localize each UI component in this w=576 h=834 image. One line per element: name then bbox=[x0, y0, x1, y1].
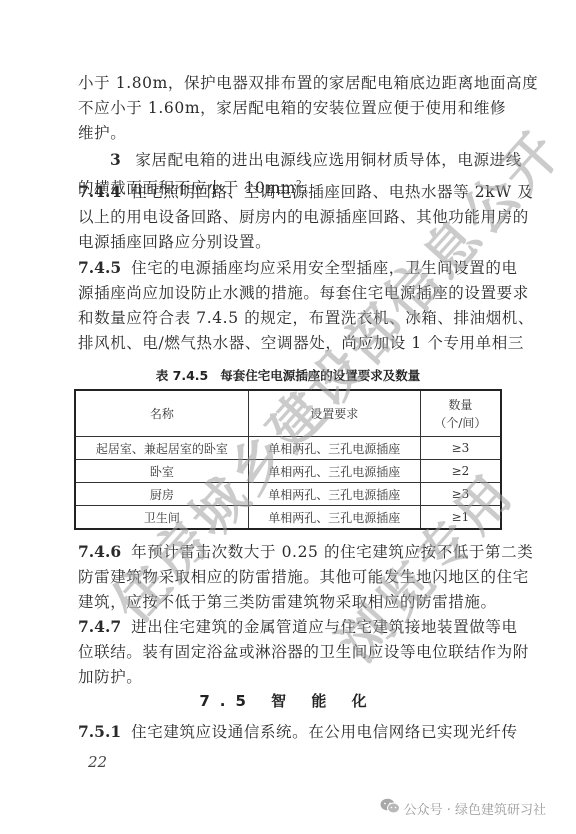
cell-room: 卧室 bbox=[75, 460, 248, 483]
table-header-row: 名称 设置要求 数量（个/间） bbox=[75, 390, 501, 437]
table-row: 卫生间 单相两孔、三孔电源插座 ≥1 bbox=[75, 506, 501, 530]
table-row: 厨房 单相两孔、三孔电源插座 ≥3 bbox=[75, 483, 501, 506]
clause-number: 7.4.7 bbox=[78, 617, 121, 636]
header-name: 名称 bbox=[75, 390, 248, 437]
cell-quantity: ≥3 bbox=[420, 483, 501, 506]
clause-number: 7.4.6 bbox=[78, 542, 121, 561]
cell-room: 厨房 bbox=[75, 483, 248, 506]
cell-requirement: 单相两孔、三孔电源插座 bbox=[248, 506, 420, 530]
paragraph-line: 防雷建筑物采取相应的防雷措施。其他可能发生地闪地区的住宅 bbox=[78, 566, 498, 588]
table-row: 起居室、兼起居室的卧室 单相两孔、三孔电源插座 ≥3 bbox=[75, 437, 501, 460]
wechat-icon bbox=[380, 798, 400, 818]
table-title: 每套住宅电源插座的设置要求及数量 bbox=[220, 368, 420, 383]
cell-room: 卫生间 bbox=[75, 506, 248, 530]
clause-7-5-1: 7.5.1住宅建筑应设通信系统。在公用电信网络已实现光纤传 bbox=[78, 721, 498, 743]
cell-room: 起居室、兼起居室的卧室 bbox=[75, 437, 248, 460]
cell-quantity: ≥2 bbox=[420, 460, 501, 483]
cell-requirement: 单相两孔、三孔电源插座 bbox=[248, 437, 420, 460]
paragraph-line: 以上的用电设备回路、厨房内的电源插座回路、其他功能用房的 bbox=[78, 206, 498, 228]
socket-requirements-table: 名称 设置要求 数量（个/间） 起居室、兼起居室的卧室 单相两孔、三孔电源插座 … bbox=[74, 389, 502, 530]
clause-7-4-5: 7.4.5住宅的电源插座均应采用安全型插座，卫生间设置的电 bbox=[78, 257, 498, 279]
paragraph-line: 维护。 bbox=[78, 122, 498, 144]
clause-number: 7.4.4 bbox=[78, 182, 121, 201]
paragraph-line: 建筑，应按不低于第三类防雷建筑物采取相应的防雷措施。 bbox=[78, 591, 498, 613]
list-item-3: 3家居配电箱的进出电源线应选用铜材质导体，电源进线 bbox=[110, 149, 498, 171]
paragraph-line: 和数量应符合表 7.4.5 的规定，布置洗衣机、冰箱、排油烟机、 bbox=[78, 307, 498, 329]
cell-quantity: ≥3 bbox=[420, 437, 501, 460]
paragraph-line: 小于 1.80m，保护电器双排布置的家居配电箱底边距离地面高度 bbox=[78, 72, 498, 94]
document-page: 小于 1.80m，保护电器双排布置的家居配电箱底边距离地面高度 不应小于 1.6… bbox=[0, 0, 576, 834]
header-quantity: 数量（个/间） bbox=[420, 390, 501, 437]
paragraph-line: 位联结。装有固定浴盆或淋浴器的卫生间应设等电位联结作为附 bbox=[78, 641, 498, 663]
clause-7-4-4: 7.4.4住宅照明回路、空调电源插座回路、电热水器等 2kW 及 bbox=[78, 181, 498, 203]
paragraph-line: 电源插座回路应分别设置。 bbox=[78, 231, 498, 253]
paragraph-line: 源插座尚应加设防止水溅的措施。每套住宅电源插座的设置要求 bbox=[78, 282, 498, 304]
clause-number: 7.4.5 bbox=[78, 258, 121, 277]
wechat-footer: 公众号 · 绿色建筑研习社 bbox=[380, 798, 546, 818]
clause-7-4-7: 7.4.7进出住宅建筑的金属管道应与住宅建筑接地装置做等电 bbox=[78, 616, 498, 638]
paragraph-line: 不应小于 1.60m，家居配电箱的安装位置应便于使用和维修 bbox=[78, 97, 498, 119]
table-row: 卧室 单相两孔、三孔电源插座 ≥2 bbox=[75, 460, 501, 483]
clause-7-4-6: 7.4.6年预计雷击次数大于 0.25 的住宅建筑应按不低于第二类 bbox=[78, 541, 498, 563]
table-number: 表 7.4.5 bbox=[156, 368, 208, 383]
header-requirement: 设置要求 bbox=[248, 390, 420, 437]
cell-requirement: 单相两孔、三孔电源插座 bbox=[248, 460, 420, 483]
section-title: 7.5 智 能 化 bbox=[0, 690, 576, 711]
item-number: 3 bbox=[110, 150, 121, 169]
page-number: 22 bbox=[88, 753, 107, 771]
clause-number: 7.5.1 bbox=[78, 722, 121, 741]
paragraph-line: 加防护。 bbox=[78, 666, 498, 688]
cell-requirement: 单相两孔、三孔电源插座 bbox=[248, 483, 420, 506]
cell-quantity: ≥1 bbox=[420, 506, 501, 530]
table-caption: 表 7.4.5每套住宅电源插座的设置要求及数量 bbox=[0, 366, 576, 384]
paragraph-line: 排风机、电/燃气热水器、空调器处，尚应加设 1 个专用单相三 bbox=[78, 332, 498, 354]
footer-text: 公众号 · 绿色建筑研习社 bbox=[404, 799, 546, 818]
